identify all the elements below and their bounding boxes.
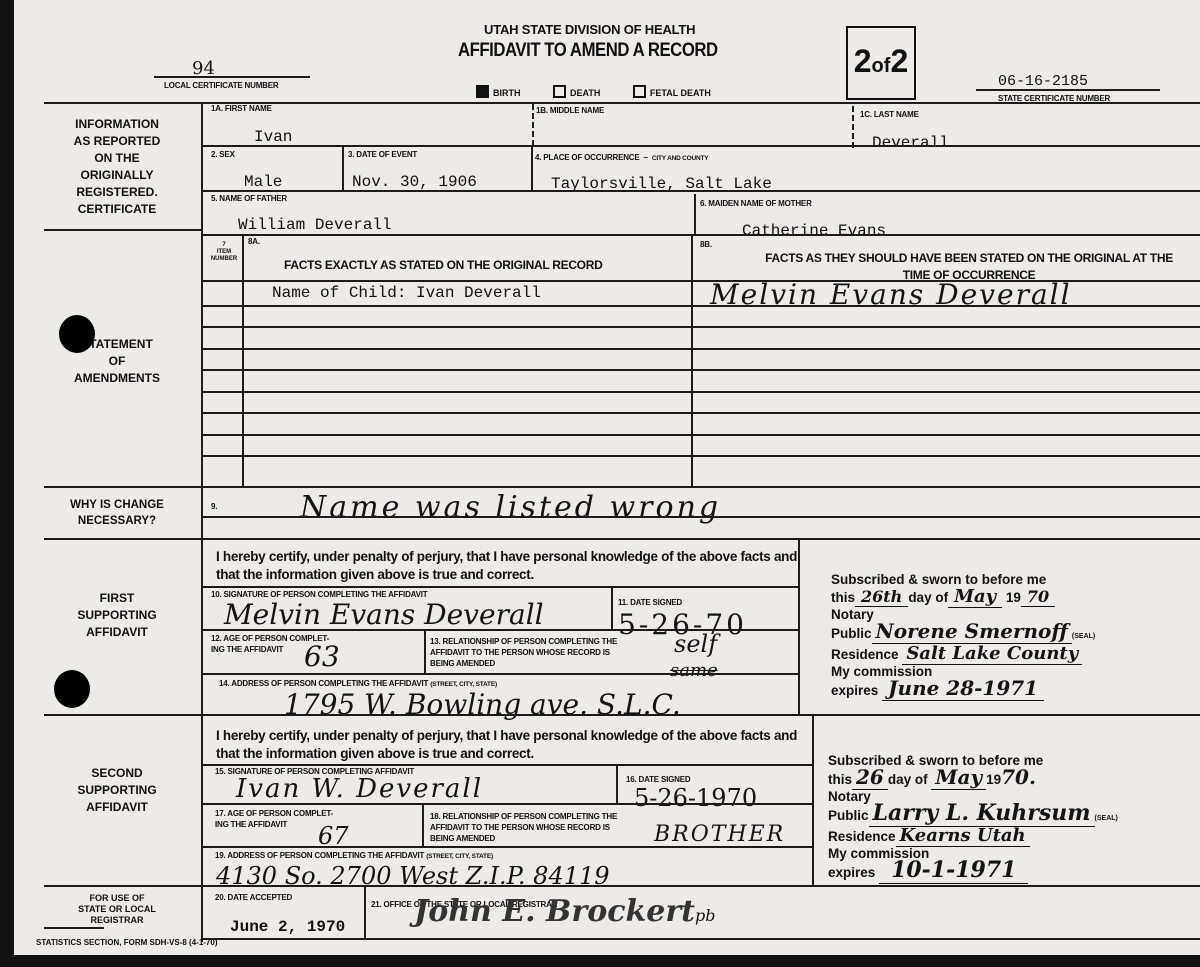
fetal-death-option[interactable]: FETAL DEATH [633,88,711,98]
col-a-num: 8A. [248,237,260,246]
record-type-options: BIRTH DEATH FETAL DEATH [476,85,711,98]
first-notary-block: Subscribed & sworn to before me this26th… [831,571,1095,699]
second-date-signed-value: 5-26-1970 [634,784,757,812]
first-date-signed-label: 11. DATE SIGNED [618,598,682,607]
first-notary-public-name: Norene Smernoff [872,619,1072,644]
agency-name: UTAH STATE DIVISION OF HEALTH [484,22,695,37]
first-notary-year: 70 [1021,587,1055,607]
place-label: 4. PLACE OF OCCURRENCE – CITY AND COUNTY [535,153,708,162]
reason-section-label: WHY IS CHANGENECESSARY? [42,497,192,529]
father-label: 5. NAME OF FATHER [211,194,287,203]
mother-label: 6. MAIDEN NAME OF MOTHER [700,199,812,208]
col-a-label: FACTS EXACTLY AS STATED ON THE ORIGINAL … [284,258,602,272]
local-cert-label: LOCAL CERTIFICATE NUMBER [164,81,278,90]
first-signature-value: Melvin Evans Deverall [224,598,544,631]
reason-value: Name was listed wrong [300,490,721,525]
punch-hole-1 [59,315,95,353]
second-signature-value: Ivan W. Deverall [236,774,483,804]
second-notary-month: May [931,765,986,790]
date-accepted-value: June 2, 1970 [230,918,345,936]
date-accepted-label: 20. DATE ACCEPTED [215,893,292,902]
form-footer: STATISTICS SECTION, FORM SDH-VS-8 (4-1-7… [36,938,218,947]
last-name-label: 1C. LAST NAME [860,110,919,119]
first-relationship-label: 13. RELATIONSHIP OF PERSON COMPLETING TH… [430,636,617,669]
second-relationship-label: 18. RELATIONSHIP OF PERSON COMPLETING TH… [430,811,617,844]
first-relationship-struck: same [670,660,718,681]
date-of-event-label: 3. DATE OF EVENT [348,150,417,159]
registrar-section-label: FOR USE OFSTATE OR LOCALREGISTRAR [42,893,192,926]
father-value: William Deverall [238,216,392,234]
last-name-value: Deverall [872,134,949,152]
birth-checkbox[interactable] [476,85,489,98]
first-affidavit-section-label: FIRSTSUPPORTINGAFFIDAVIT [42,590,192,641]
first-address-value: 1795 W. Bowling ave. S.L.C. [284,688,681,721]
page-total: 2 [890,43,908,79]
form-title: AFFIDAVIT TO AMEND A RECORD [458,40,718,62]
first-name-value: Ivan [254,128,292,146]
second-date-signed-label: 16. DATE SIGNED [626,775,690,784]
second-notary-year: 70. [1001,765,1036,789]
second-address-label: 19. ADDRESS OF PERSON COMPLETING THE AFF… [215,851,493,860]
second-affidavit-section-label: SECONDSUPPORTINGAFFIDAVIT [42,765,192,816]
page-indicator-box: 2of2 [846,26,916,100]
first-notary-residence: Salt Lake County [902,643,1082,665]
original-info-section-label: INFORMATIONAS REPORTEDON THEORIGINALLYRE… [42,116,192,218]
punch-hole-2 [54,670,90,708]
second-notary-block: Subscribed & sworn to before me this26da… [828,752,1118,881]
mother-value: Catherine Evans [742,222,886,240]
second-relationship-value: BROTHER [654,822,785,847]
sex-label: 2. SEX [211,150,235,159]
first-address-label: 14. ADDRESS OF PERSON COMPLETING THE AFF… [219,679,497,688]
second-notary-expires: 10-1-1971 [879,857,1028,884]
first-relationship-value: self [674,630,717,658]
date-of-event-value: Nov. 30, 1906 [352,173,477,191]
second-certify-text: I hereby certify, under penalty of perju… [216,727,806,763]
reason-num: 9. [211,502,217,511]
second-age-label: 17. AGE OF PERSON COMPLET-ING THE AFFIDA… [215,808,333,830]
first-notary-expires: June 28-1971 [882,676,1044,701]
page-of: of [872,55,891,77]
first-notary-month: May [948,586,1002,608]
first-age-value: 63 [304,640,340,673]
item-number-col-label: 7ITEMNUMBER [206,242,242,263]
death-option[interactable]: DEATH [553,88,600,98]
registrar-office-value: John E. Brockertpb [414,894,716,929]
middle-name-label: 1B. MIDDLE NAME [536,106,604,115]
first-certify-text: I hereby certify, under penalty of perju… [216,548,806,584]
sex-value: Male [244,173,282,191]
fetal-death-checkbox[interactable] [633,85,646,98]
affidavit-document: UTAH STATE DIVISION OF HEALTH AFFIDAVIT … [14,0,1200,955]
second-notary-public-name: Larry L. Kuhrsum [869,800,1095,827]
amendment-row-1-original: Name of Child: Ivan Deverall [272,284,541,302]
second-notary-residence: Kearns Utah [896,825,1030,847]
first-notary-day: 26th [855,587,908,607]
death-checkbox[interactable] [553,85,566,98]
state-cert-value: 06-16-2185 [998,73,1088,90]
col-b-num: 8B. [700,240,712,249]
first-name-label: 1A. FIRST NAME [211,104,272,113]
birth-option[interactable]: BIRTH [476,88,521,98]
page-number: 2 [854,43,872,79]
second-notary-day: 26 [852,765,888,790]
